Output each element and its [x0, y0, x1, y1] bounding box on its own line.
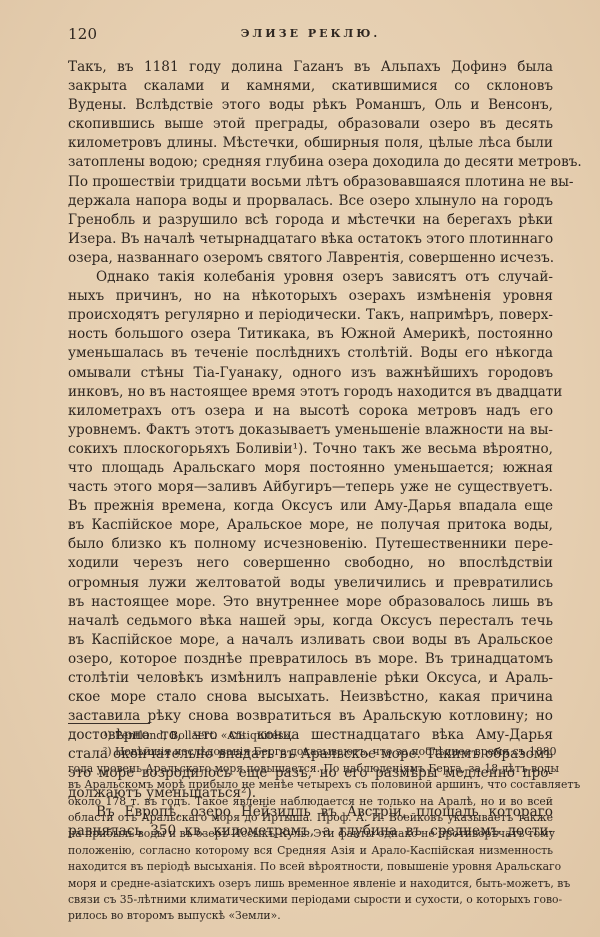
text-line: ность большого озера Титикака, въ Южной … — [68, 325, 553, 344]
text-line: часть этого моря—заливъ Айбугиръ—теперь … — [68, 478, 553, 497]
footnote-line: ²) Новѣйшія изслѣдованія Берга доказываю… — [68, 744, 553, 760]
text-line: озеро, которое позднѣе превратилось въ м… — [68, 650, 553, 669]
footnote-line: года уровень Аральскаго моря повышается.… — [68, 761, 553, 777]
text-line: затоплены водою; средняя глубина озера д… — [68, 153, 553, 172]
text-line: въ Каспійское море, а началъ изливать св… — [68, 631, 553, 650]
text-line: уровнемъ. Фактъ этотъ доказываетъ уменьш… — [68, 421, 553, 440]
footnote-line: находится въ періодѣ высыханія. По всей … — [68, 859, 553, 875]
paragraph-1: Такъ, въ 1181 году долина Гazанъ въ Альп… — [68, 58, 553, 268]
footnote-line: въ Аральскомъ морѣ прибыло не менѣе четы… — [68, 777, 553, 793]
text-line: сокихъ плоскогорьяхъ Боливіи¹). Точно та… — [68, 440, 553, 459]
text-line: столѣтіи человѣкъ измѣнилъ направленіе р… — [68, 669, 553, 688]
text-line: держала напора воды и прорвалась. Все оз… — [68, 192, 553, 211]
text-line: что площадь Аральскаго моря постоянно ум… — [68, 459, 553, 478]
text-line: озера, названнаго озеромъ святого Лаврен… — [68, 249, 553, 268]
text-line: Однако такія колебанія уровня озеръ зави… — [68, 268, 553, 287]
text-line: Такъ, въ 1181 году долина Гazанъ въ Альп… — [68, 58, 553, 77]
text-line: километровъ длины. Мѣстечки, обширныя по… — [68, 134, 553, 153]
footnote-2: ²) Новѣйшія изслѣдованія Берга доказываю… — [68, 744, 553, 924]
page-header: 120 ЭЛИЗЕ РЕКЛЮ. — [68, 25, 553, 45]
text-line: километрахъ отъ озера и на высотѣ сорока… — [68, 402, 553, 421]
footnote-line: ¹) Pentland; Bollaert. «Antiquités». — [68, 728, 553, 744]
text-line: инковъ, но въ настоящее время этотъ горо… — [68, 383, 553, 402]
text-line: было близко къ полному исчезновенію. Пут… — [68, 535, 553, 554]
footnote-divider — [68, 723, 150, 724]
text-line: скопившись выше этой преграды, образовал… — [68, 115, 553, 134]
book-page: 120 ЭЛИЗЕ РЕКЛЮ. Такъ, въ 1181 году доли… — [0, 0, 600, 937]
footnotes: ¹) Pentland; Bollaert. «Antiquités». ²) … — [68, 728, 553, 925]
text-line: началѣ седьмого вѣка нашей эры, когда Ок… — [68, 612, 553, 631]
footnote-line: около 178 т. въ годъ. Такое явленіе набл… — [68, 794, 553, 810]
text-line: Въ прежнія времена, когда Оксусъ или Аму… — [68, 497, 553, 516]
footnote-line: на прибыль воды и въ озерѣ Иссыкъ-Куль. … — [68, 826, 553, 842]
footnote-line: связи съ 35-лѣтними климатическими періо… — [68, 892, 553, 908]
footnote-line: области отъ Аральскаго моря до Иртыша. П… — [68, 810, 553, 826]
text-line: огромныя лужи желтоватой воды увеличилис… — [68, 574, 553, 593]
footnote-1: ¹) Pentland; Bollaert. «Antiquités». — [68, 728, 553, 744]
text-line: Изера. Въ началѣ четырнадцатаго вѣка ост… — [68, 230, 553, 249]
text-line: уменьшалась въ теченіе послѣднихъ столѣт… — [68, 344, 553, 363]
text-line: происходятъ регулярно и періодически. Та… — [68, 306, 553, 325]
text-line: По прошествіи тридцати восьми лѣтъ образ… — [68, 173, 553, 192]
text-line: закрыта скалами и камнями, скатившимися … — [68, 77, 553, 96]
text-line: ходили черезъ него совершенно свободно, … — [68, 554, 553, 573]
text-line: въ Каспійское море, Аральское море, не п… — [68, 516, 553, 535]
text-line: Гренобль и разрушило всѣ города и мѣстеч… — [68, 211, 553, 230]
footnote-line: рилось во второмъ выпускѣ «Земли». — [68, 908, 553, 924]
footnote-line: моря и средне-азіатскихъ озеръ лишь врем… — [68, 876, 553, 892]
text-line: ныхъ причинъ, но на нѣкоторыхъ озерахъ и… — [68, 287, 553, 306]
footnote-line: положенію, согласно которому вся Средняя… — [68, 843, 553, 859]
text-line: въ настоящее море. Это внутреннее море о… — [68, 593, 553, 612]
text-line: Вудены. Вслѣдствіе этого воды рѣкъ Роман… — [68, 96, 553, 115]
text-line: омывали стѣны Тіа-Гуанаку, одного изъ ва… — [68, 364, 553, 383]
running-title: ЭЛИЗЕ РЕКЛЮ. — [68, 27, 553, 40]
text-line: ское море стало снова высыхать. Неизвѣст… — [68, 688, 553, 707]
